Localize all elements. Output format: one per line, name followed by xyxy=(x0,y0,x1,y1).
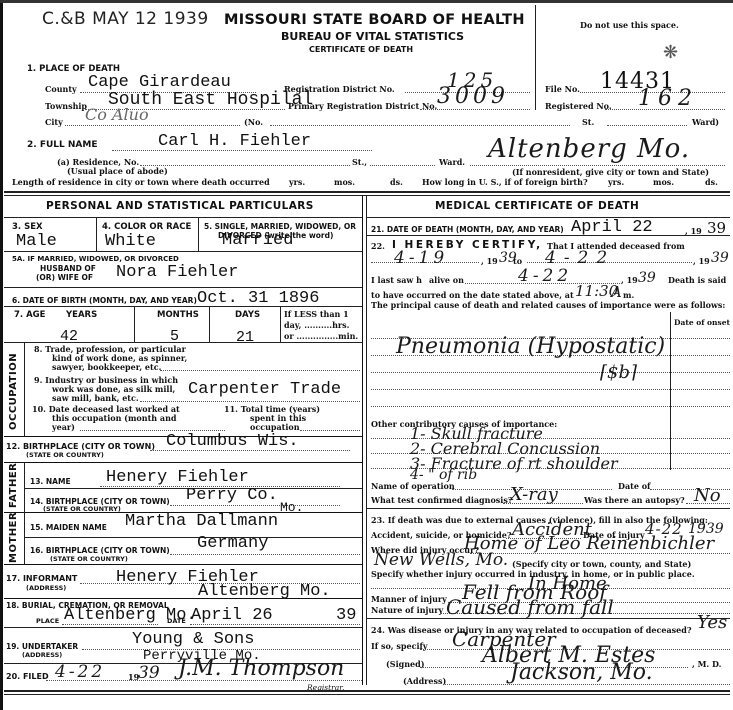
row6-rule xyxy=(4,306,362,307)
mother-rule xyxy=(4,564,362,565)
residence-value: Altenberg Mo. xyxy=(488,134,690,164)
spouse-label-3: (OR) WIFE OF xyxy=(36,273,93,282)
city-line xyxy=(65,125,240,126)
personal-heading-rule xyxy=(4,217,362,218)
autopsy-rule xyxy=(366,508,730,509)
cause-initials: ⌈$b⌉ xyxy=(600,362,637,383)
informant-label: 17. INFORMANT xyxy=(6,574,77,583)
last-saw-year: 39 xyxy=(638,270,656,286)
mother-bp-sub: (STATE OR COUNTRY) xyxy=(50,555,128,563)
reg-district-label: Registration District No. xyxy=(284,84,395,94)
father-name-label: 13. NAME xyxy=(30,477,71,486)
us-ds: ds. xyxy=(705,177,718,187)
filed-label: 20. FILED xyxy=(6,672,49,681)
father-bp-line xyxy=(170,505,340,506)
filed-year: 39 xyxy=(138,663,160,683)
autopsy-label: Was there an autopsy? xyxy=(584,495,685,505)
form-subtitle-2: CERTIFICATE OF DEATH xyxy=(309,45,413,54)
filed-date: 4-22 xyxy=(55,662,105,682)
where-value-2: New Wells, Mo. xyxy=(374,550,508,570)
informant-rule xyxy=(4,598,362,599)
sex-label: 3. SEX xyxy=(12,222,43,232)
m-label: m. xyxy=(623,290,634,300)
occurred-label: to have occurred on the date stated abov… xyxy=(371,290,574,300)
mother-name-label: 15. MAIDEN NAME xyxy=(30,523,107,532)
onset-label: Date of onset xyxy=(674,318,730,327)
primary-reg-value: 3009 xyxy=(437,84,509,109)
full-name-label: 2. FULL NAME xyxy=(27,140,97,150)
length-residence-label: Length of residence in city or town wher… xyxy=(12,177,270,187)
nature-rule xyxy=(366,618,730,619)
attended-to-year: 39 xyxy=(711,250,729,266)
md-label: , M. D. xyxy=(692,659,721,669)
age-label: 7. AGE xyxy=(14,310,45,320)
sex-value: Male xyxy=(16,232,57,251)
dob-label: 6. DATE OF BIRTH (MONTH, DAY, AND YEAR) xyxy=(12,296,197,305)
residence-ward-label: Ward. xyxy=(439,157,465,167)
nature-label: Nature of injury xyxy=(371,605,443,615)
usual-place-label: (Usual place of abode) xyxy=(67,166,168,176)
registrar-signature: J.M. Thompson xyxy=(178,656,344,681)
signed-label: (Signed) xyxy=(386,659,424,669)
header-divider xyxy=(535,5,536,110)
operation-date-label: Date of xyxy=(618,481,650,491)
residence-line xyxy=(140,165,350,166)
undertaker-sub: (ADDRESS) xyxy=(22,651,62,659)
mother-name-value: Martha Dallmann xyxy=(125,512,278,531)
us-mos: mos. xyxy=(653,177,674,187)
form-subtitle: BUREAU OF VITAL STATISTICS xyxy=(281,30,464,43)
mother-name-rule xyxy=(24,537,362,538)
seal-mark: ❋ xyxy=(663,42,678,63)
no-line xyxy=(270,125,570,126)
father-bp-value: Perry Co. xyxy=(186,486,278,505)
file-no-label: File No. xyxy=(545,84,580,94)
age-years-label: YEARS xyxy=(66,310,97,320)
birthplace-rule xyxy=(4,462,362,463)
autopsy-value: No xyxy=(694,485,721,506)
race-value: White xyxy=(105,232,156,251)
race-label: 4. COLOR OR RACE xyxy=(102,222,191,232)
nature-value: Caused from fall xyxy=(446,595,614,619)
primary-reg-label: Primary Registration District No. xyxy=(288,101,437,111)
top-border xyxy=(0,0,733,3)
operation-label: Name of operation xyxy=(371,481,455,491)
undertaker-label: 19. UNDERTAKER xyxy=(6,642,78,651)
residence-ward-line xyxy=(370,165,435,166)
onset-column-divider xyxy=(670,312,671,470)
informant-sub: (ADDRESS) xyxy=(26,584,66,592)
length-mos: mos. xyxy=(334,177,355,187)
township-label: Township xyxy=(45,101,87,111)
mother-side-label: MOTHER xyxy=(8,512,19,563)
burial-year-value: 39 xyxy=(336,606,356,625)
am-pm-value: A xyxy=(611,283,622,301)
ward-label: Ward) xyxy=(692,117,719,127)
burial-place-label: PLACE xyxy=(36,617,59,625)
received-stamp: C.&B MAY 12 1939 xyxy=(42,9,209,29)
age-days-value: 21 xyxy=(236,329,254,346)
birthplace-label: 12. BIRTHPLACE (CITY OR TOWN) xyxy=(6,442,155,451)
principal-cause-label: The principal cause of death and related… xyxy=(371,300,725,310)
length-yrs: yrs. xyxy=(289,177,305,187)
death-said-label: Death is said xyxy=(668,275,726,285)
spouse-label: 5A. IF MARRIED, WIDOWED, OR DIVORCED xyxy=(12,255,179,263)
dod-rule xyxy=(366,235,730,236)
how-long-label: How long in U. S., if of foreign birth? xyxy=(422,177,588,187)
father-side-divider xyxy=(24,462,25,512)
header-bottom-rule-2 xyxy=(4,195,730,196)
industry-value: Carpenter Trade xyxy=(188,380,341,399)
registered-no-label: Registered No. xyxy=(545,101,612,111)
full-name-value: Carl H. Fiehler xyxy=(158,132,311,151)
st-label: St. xyxy=(582,117,594,127)
bottom-rule xyxy=(4,690,730,692)
length-ds: ds. xyxy=(390,177,403,187)
county-label: County xyxy=(45,84,77,94)
center-divider xyxy=(362,195,363,685)
age-div-3 xyxy=(280,306,281,342)
center-divider-2 xyxy=(366,195,367,685)
spouse-label-2: HUSBAND OF xyxy=(40,264,96,273)
last-worked-label-3: year) xyxy=(52,422,75,432)
alive-on-label: alive on xyxy=(429,275,464,285)
attended-from-19: , 19 xyxy=(481,256,498,266)
test-value: X-ray xyxy=(510,484,558,505)
mother-side-divider xyxy=(24,512,25,564)
birthplace-sub: (STATE OR COUNTRY) xyxy=(26,451,104,459)
test-label: What test confirmed diagnosis? xyxy=(371,495,513,505)
medical-heading: MEDICAL CERTIFICATE OF DEATH xyxy=(435,200,639,212)
marital-value: Married xyxy=(222,231,293,250)
attended-to-value: 4-22 xyxy=(545,248,615,268)
total-time-label-3: occupation xyxy=(250,422,300,432)
row7-rule xyxy=(4,342,362,343)
age-div-2 xyxy=(209,306,210,342)
attended-from-value: 4-19 xyxy=(394,248,448,268)
residence-value-line xyxy=(470,165,725,166)
father-side-label: FATHER xyxy=(8,463,19,508)
total-time-line xyxy=(300,430,360,431)
header-bottom-rule xyxy=(4,191,730,193)
where-note: (Specify city or town, county, and State… xyxy=(512,559,691,569)
manner-label: Manner of injury xyxy=(371,594,447,604)
cause-line-5 xyxy=(371,406,730,407)
trade-line xyxy=(160,370,360,371)
no-label: (No. xyxy=(244,117,263,127)
mother-bp-line xyxy=(170,554,360,555)
occupation-side-divider xyxy=(24,342,25,436)
burial-date-label: DATE xyxy=(167,617,186,625)
last-worked-line xyxy=(80,430,225,431)
nonresident-note: (If nonresident, give city or town and S… xyxy=(512,167,709,177)
us-yrs: yrs. xyxy=(608,177,624,187)
certify-number: 22. xyxy=(371,241,385,251)
age-days-label: DAYS xyxy=(235,310,260,320)
attended-to-19: , 19 xyxy=(693,256,710,266)
registered-no-value: 162 xyxy=(638,86,698,111)
row3-rule xyxy=(4,251,362,252)
do-not-use-label: Do not use this space. xyxy=(580,20,679,30)
race-divider xyxy=(198,217,199,251)
industry-label-3: saw mill, bank, etc. xyxy=(52,393,139,403)
last-saw-value: 4-22 xyxy=(518,266,572,286)
city-value: Co Aluo xyxy=(85,105,149,124)
row5a-rule xyxy=(4,287,362,288)
ward-line xyxy=(607,125,687,126)
birthplace-value: Columbus Wis. xyxy=(166,432,299,451)
less-or-label: or ...............min. xyxy=(284,331,358,341)
cause-line-3 xyxy=(371,372,730,373)
physician-address: Jackson, Mo. xyxy=(510,660,653,685)
principal-cause-value: Pneumonia (Hypostatic) xyxy=(396,334,665,359)
father-name-value: Henery Fiehler xyxy=(106,468,249,487)
left-border xyxy=(0,0,3,710)
undertaker-value: Young & Sons xyxy=(132,630,254,649)
sex-divider xyxy=(96,217,97,251)
last-saw-19: , 19 xyxy=(621,275,638,285)
less-day-label: day, ..........hrs. xyxy=(284,320,349,330)
age-div-1 xyxy=(134,306,135,342)
occupation-q-value: Yes xyxy=(697,612,727,633)
industry-line xyxy=(140,401,360,402)
to-label: to xyxy=(513,256,522,266)
trade-label-3: sawyer, bookkeeper, etc. xyxy=(52,362,161,372)
marital-label: 5. SINGLE, MARRIED, WIDOWED, OR xyxy=(204,222,356,231)
form-title: MISSOURI STATE BOARD OF HEALTH xyxy=(224,12,525,28)
dod-label: 21. DATE OF DEATH (MONTH, DAY, AND YEAR) xyxy=(371,225,564,234)
primary-reg-line xyxy=(420,109,530,110)
less-than-label: If LESS than 1 xyxy=(284,309,349,319)
occupation-side-label: OCCUPATION xyxy=(8,353,19,430)
cause-line-4 xyxy=(371,389,730,390)
last-saw-label: I last saw h xyxy=(371,275,422,285)
city-label: City xyxy=(45,117,63,127)
residence-st-label: St., xyxy=(352,157,367,167)
burial-date-value: April 26 xyxy=(191,606,273,625)
mother-bp-value: Germany xyxy=(197,534,268,553)
spouse-value: Nora Fiehler xyxy=(116,263,238,282)
burial-rule xyxy=(4,627,362,628)
medical-heading-rule xyxy=(366,217,730,218)
bottom-rule-2 xyxy=(4,694,730,695)
mother-bp-label: 16. BIRTHPLACE (CITY OR TOWN) xyxy=(30,546,170,555)
address-label: (Address) xyxy=(403,676,446,686)
age-months-label: MONTHS xyxy=(157,310,199,320)
personal-heading: PERSONAL AND STATISTICAL PARTICULARS xyxy=(46,200,314,212)
